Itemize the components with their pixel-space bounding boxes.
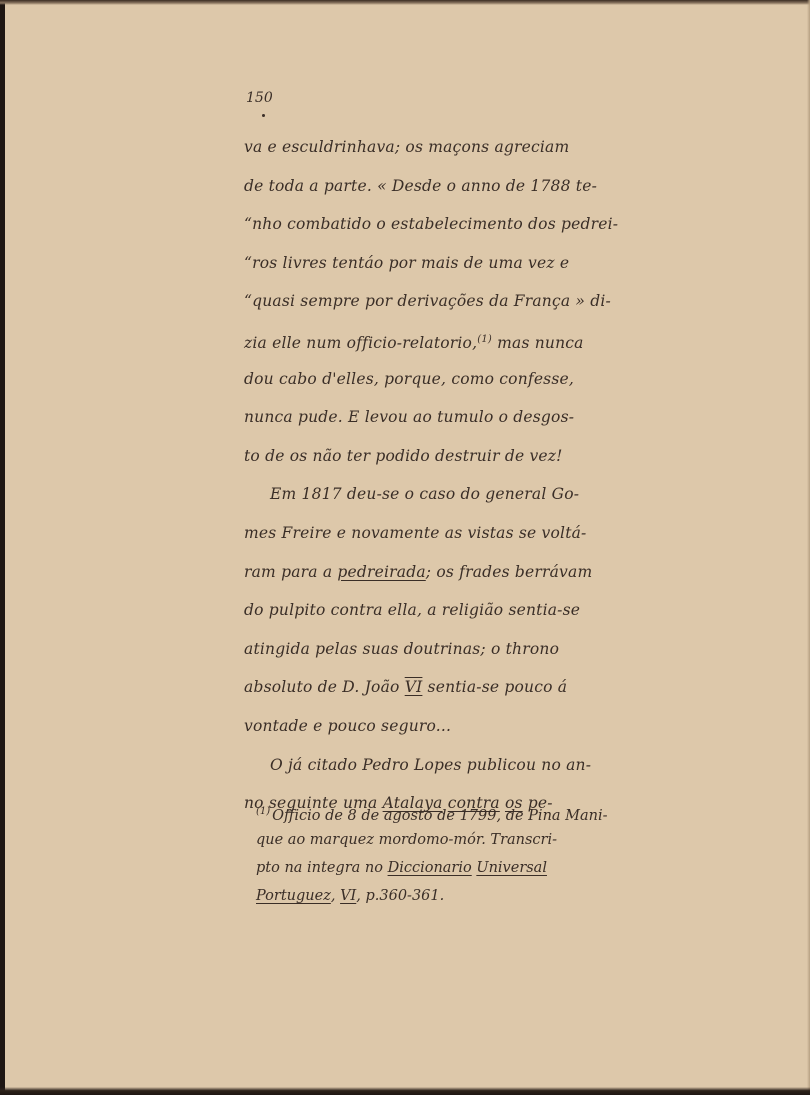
text-line: zia elle num officio-relatorio,(1) mas n…: [244, 321, 714, 360]
text-segment: Officio de 8 de agosto de 1799, de Pina …: [272, 808, 607, 824]
text-line: vontade e pouco seguro...: [244, 707, 714, 746]
footnote-line: que ao marquez mordomo-mór. Transcri-: [256, 826, 716, 854]
text-line: absoluto de D. João VI sentia-se pouco á: [244, 668, 714, 707]
text-line: do pulpito contra ella, a religião senti…: [244, 591, 714, 630]
text-segment: zia elle num officio-relatorio,: [244, 334, 477, 352]
footnote-marker: (1): [256, 806, 270, 817]
text-line: to de os não ter podido destruir de vez!: [244, 437, 714, 476]
text-line-paragraph-start: Em 1817 deu-se o caso do general Go-: [244, 475, 714, 514]
scan-border-bottom: [0, 1087, 810, 1095]
text-line: “quasi sempre por derivações da França »…: [244, 282, 714, 321]
roman-numeral: VI: [405, 678, 423, 696]
scanned-page: 150 va e esculdrinhava; os maçons agreci…: [0, 0, 810, 1095]
text-line: va e esculdrinhava; os maçons agreciam: [244, 128, 714, 167]
footnote-reference: (1): [477, 334, 492, 345]
text-line: nunca pude. E levou ao tumulo o desgos-: [244, 398, 714, 437]
text-line: “nho combatido o estabelecimento dos ped…: [244, 205, 714, 244]
text-segment: mas nunca: [497, 334, 584, 352]
text-segment: sentia-se pouco á: [428, 678, 568, 696]
text-segment: , p.360-361.: [356, 888, 444, 904]
underlined-word: pedreirada: [337, 563, 425, 581]
manuscript-body: va e esculdrinhava; os maçons agreciam d…: [244, 128, 714, 823]
text-segment: absoluto de D. João: [244, 678, 400, 696]
text-line-paragraph-start: O já citado Pedro Lopes publicou no an-: [244, 746, 714, 785]
roman-numeral: VI: [340, 888, 356, 904]
footnote-line: pto na integra no Diccionario Universal: [256, 854, 716, 882]
text-line: dou cabo d'elles, porque, como confesse,: [244, 360, 714, 399]
underlined-word: Diccionario: [388, 860, 472, 876]
footnote-line: Portuguez, VI, p.360-361.: [256, 882, 716, 910]
text-segment: ,: [331, 888, 336, 904]
text-line: atingida pelas suas doutrinas; o throno: [244, 630, 714, 669]
ink-dot: [262, 114, 265, 117]
footnote: (1)Officio de 8 de agosto de 1799, de Pi…: [256, 798, 716, 910]
text-line: ram para a pedreirada; os frades berráva…: [244, 553, 714, 592]
underlined-word: Universal: [476, 860, 547, 876]
text-segment: pto na integra no: [256, 860, 383, 876]
text-segment: ; os frades berrávam: [426, 563, 593, 581]
text-line: de toda a parte. « Desde o anno de 1788 …: [244, 167, 714, 206]
underlined-word: Portuguez: [256, 888, 331, 904]
page-number: 150: [246, 90, 273, 106]
text-line: “ros livres tentáo por mais de uma vez e: [244, 244, 714, 283]
text-line: mes Freire e novamente as vistas se volt…: [244, 514, 714, 553]
footnote-line: (1)Officio de 8 de agosto de 1799, de Pi…: [256, 798, 716, 826]
text-segment: ram para a: [244, 563, 332, 581]
